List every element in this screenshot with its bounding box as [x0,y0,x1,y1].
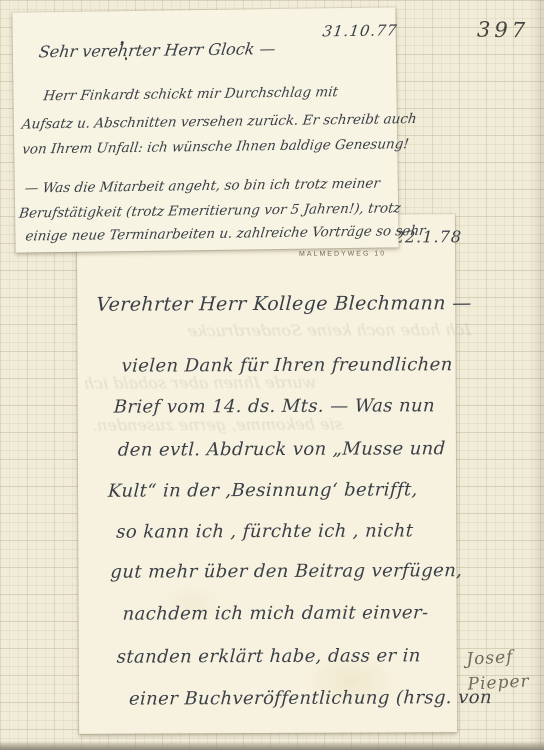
annotation-line-1: Josef [466,644,529,672]
note-line: von Ihrem Unfall: ich wünsche Ihnen bald… [21,136,410,157]
letter-card-blechmann: 22.1.78 MALMEDYWEG 10 Ich habe noch kein… [77,214,457,734]
letterhead-print: MALMEDYWEG 10 [299,250,386,257]
letter-line: einer Buchveröffentlichung (hrsg. von [128,687,492,710]
note-line: einige neue Terminarbeiten u. zahlreiche… [24,223,426,245]
note-line: Berufstätigkeit (trotz Emeritierung vor … [18,200,402,221]
letter-line: so kann ich , fürchte ich , nicht [116,520,414,542]
page-number: 397 [477,18,530,43]
archive-photo-page: 397 22.1.78 MALMEDYWEG 10 Ich habe noch … [0,0,544,750]
note-date: 31.10.77 [321,21,398,40]
letter-line: gut mehr über den Beitrag verfügen, [110,560,463,583]
bleedthrough-line: Ich habe noch keine Sonderdrucke [186,320,471,340]
letter-line: nachdem ich mich damit einver- [122,602,429,624]
note-card-glock: 31.10.77 Sehr verehrter Herr Glock — Her… [12,7,398,252]
letter-salutation: Verehrter Herr Kollege Blechmann — [96,292,473,316]
note-line: Herr Finkardt schickt mir Durchschlag mi… [43,84,339,104]
letter-line: vielen Dank für Ihren freundlichen [121,354,453,376]
letter-line: Brief vom 14. ds. Mts. — Was nun [113,395,435,417]
note-salutation: Sehr verehrter Herr Glock — [38,39,277,61]
bleedthrough-line: sie bekomme, gerne zusenden. [91,415,344,435]
photo-edge-bottom [0,741,544,750]
note-line: Aufsatz u. Abschnitten versehen zurück. … [21,111,418,133]
letter-line: den evtl. Abdruck von „Musse und [117,438,446,460]
note-line: — Was die Mitarbeit angeht, so bin ich t… [24,176,381,197]
photo-edge-right [530,0,544,750]
letter-line: Kult“ in der ‚Besinnung‘ betrifft, [108,479,419,501]
letter-line: standen erklärt habe, dass er in [116,645,421,667]
